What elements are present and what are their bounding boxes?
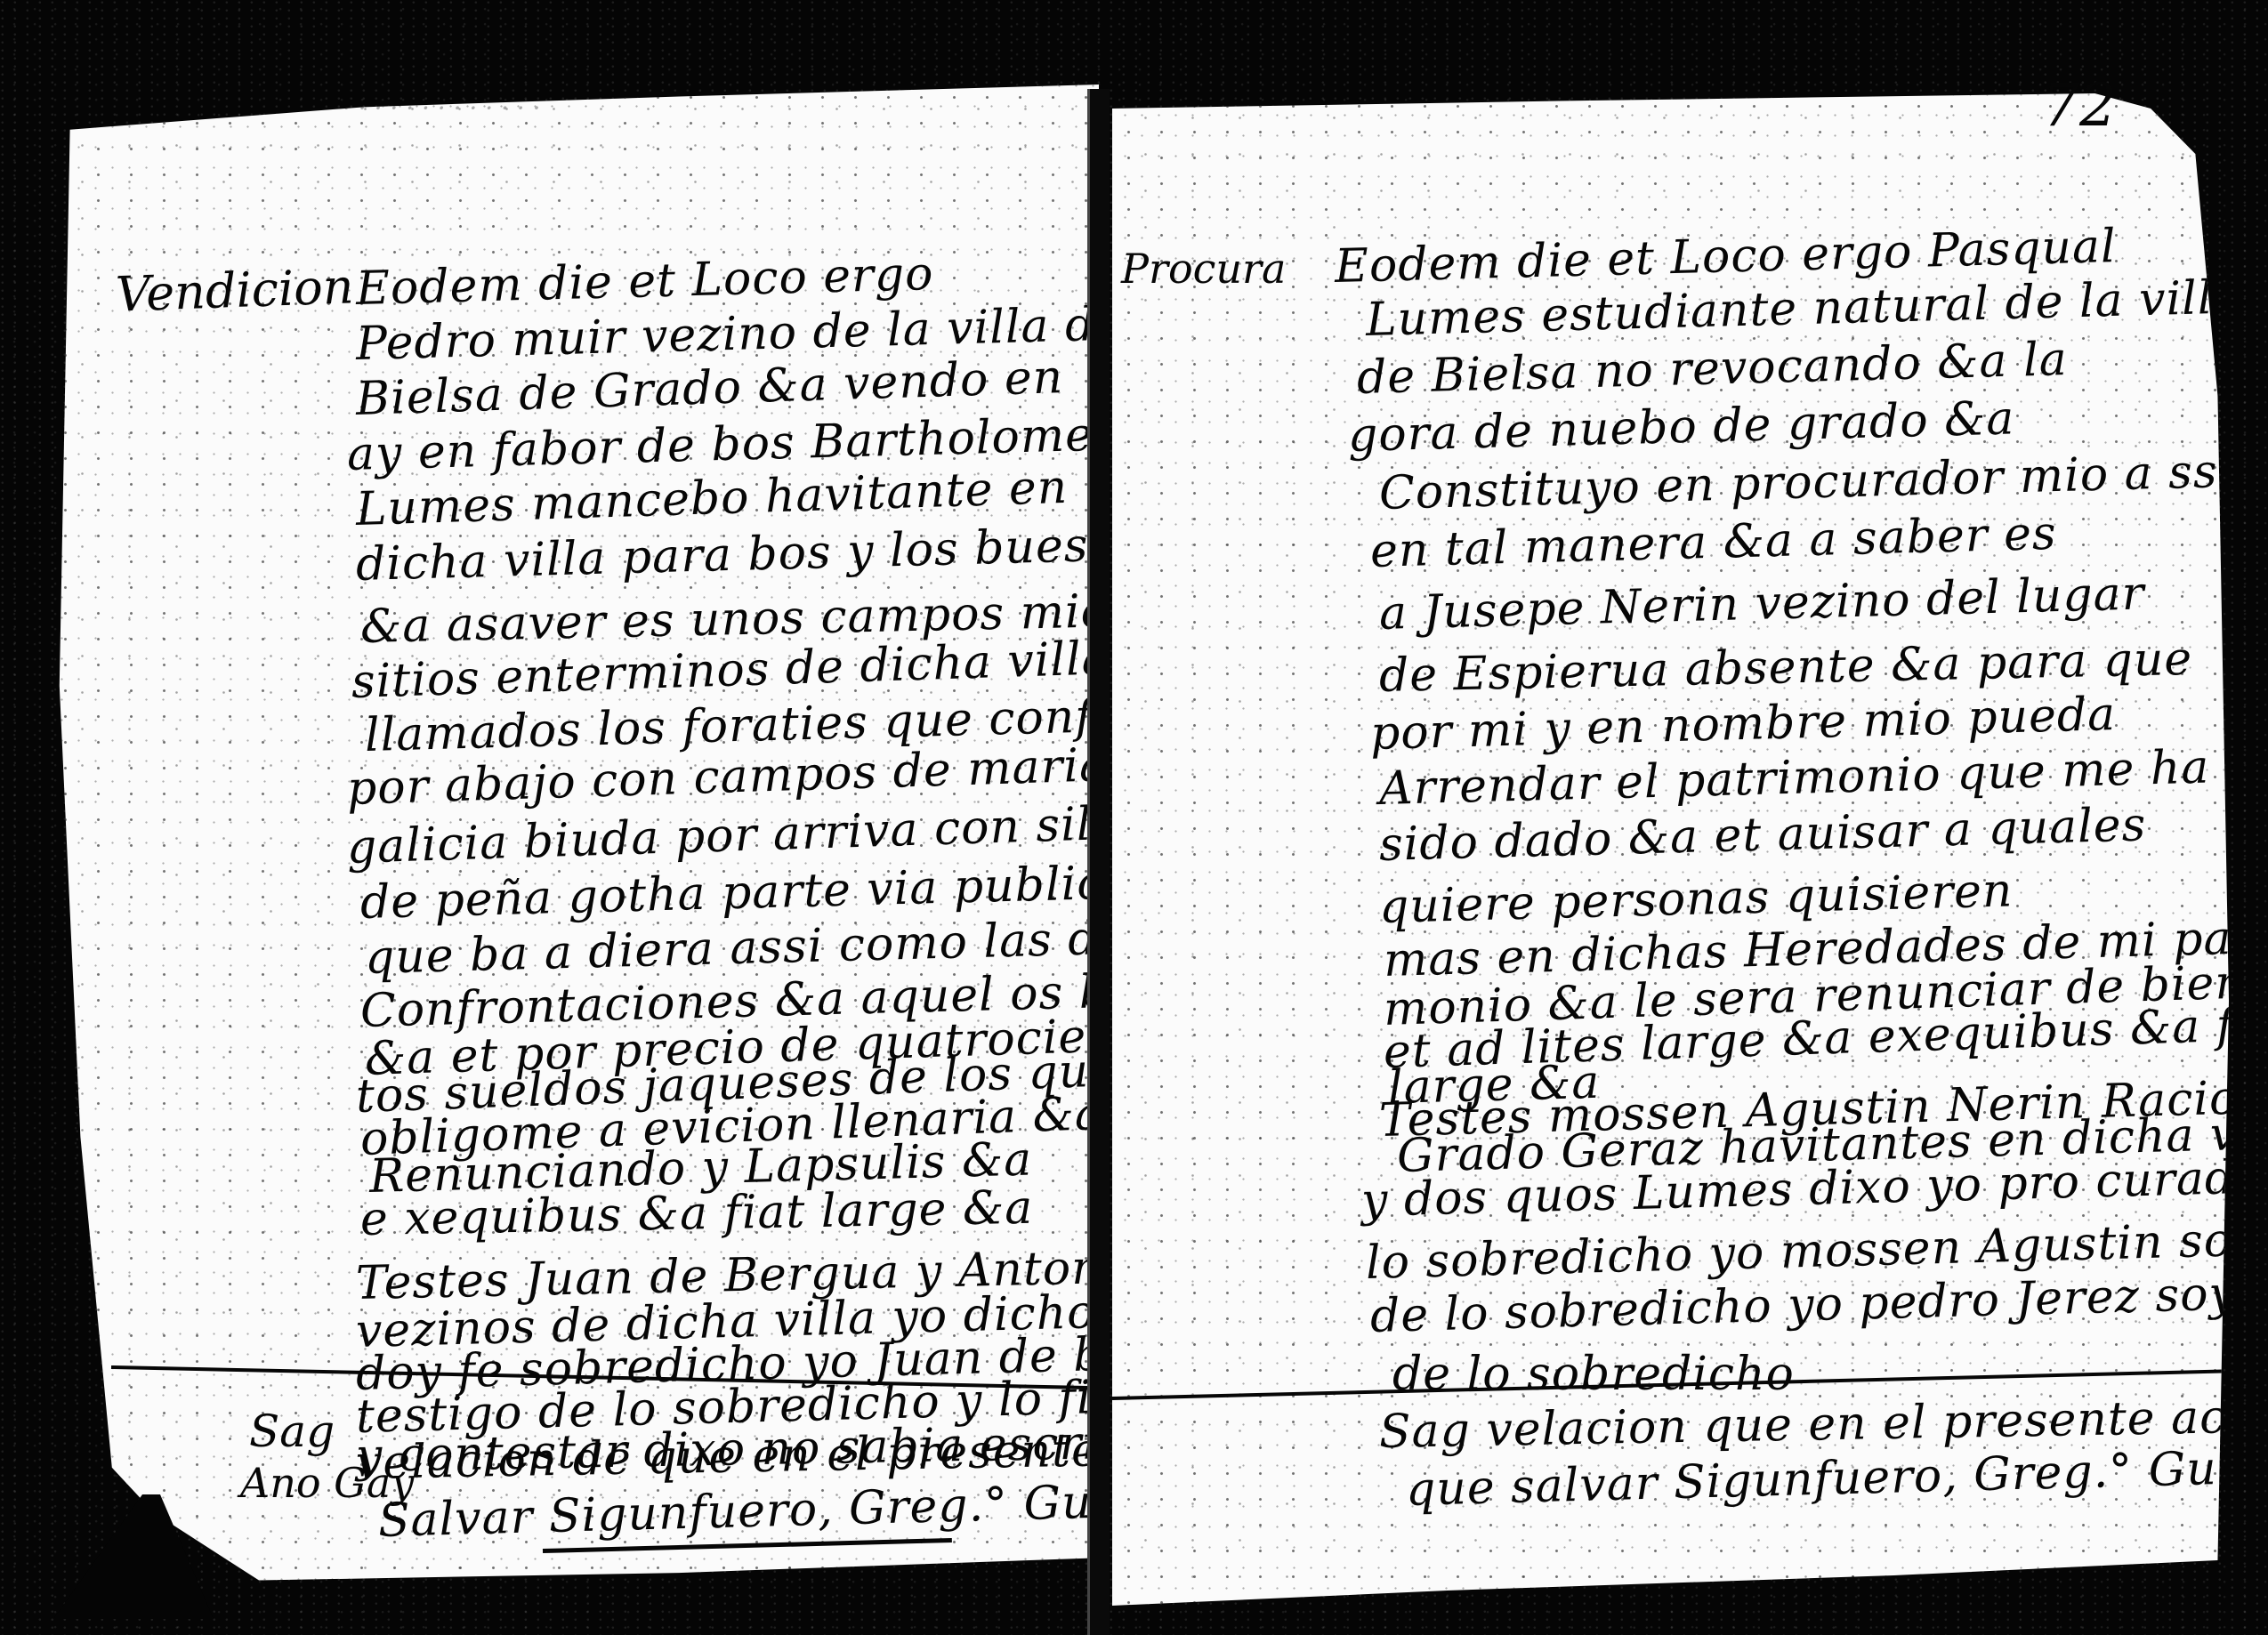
text-line: de lo sobredicho <box>1392 1348 1795 1401</box>
right-page: Procura Eodem die et Loco ergo Pasqual L… <box>1112 93 2229 1606</box>
text-line: e xequibus &a fiat large &a <box>359 1181 1033 1246</box>
folio-number: 72 <box>2042 71 2117 140</box>
margin-note-vendicion: Vendicion <box>115 258 354 322</box>
margin-note-procura: Procura <box>1121 245 1286 293</box>
text-line: a Jusepe Nerin vezino del lugar <box>1378 567 2145 640</box>
book-gutter <box>1087 89 1110 1635</box>
footer-margin-sag: Sag <box>249 1405 335 1457</box>
left-page: · · · · · · · · · · · · · Vendicion Eode… <box>49 85 1099 1588</box>
